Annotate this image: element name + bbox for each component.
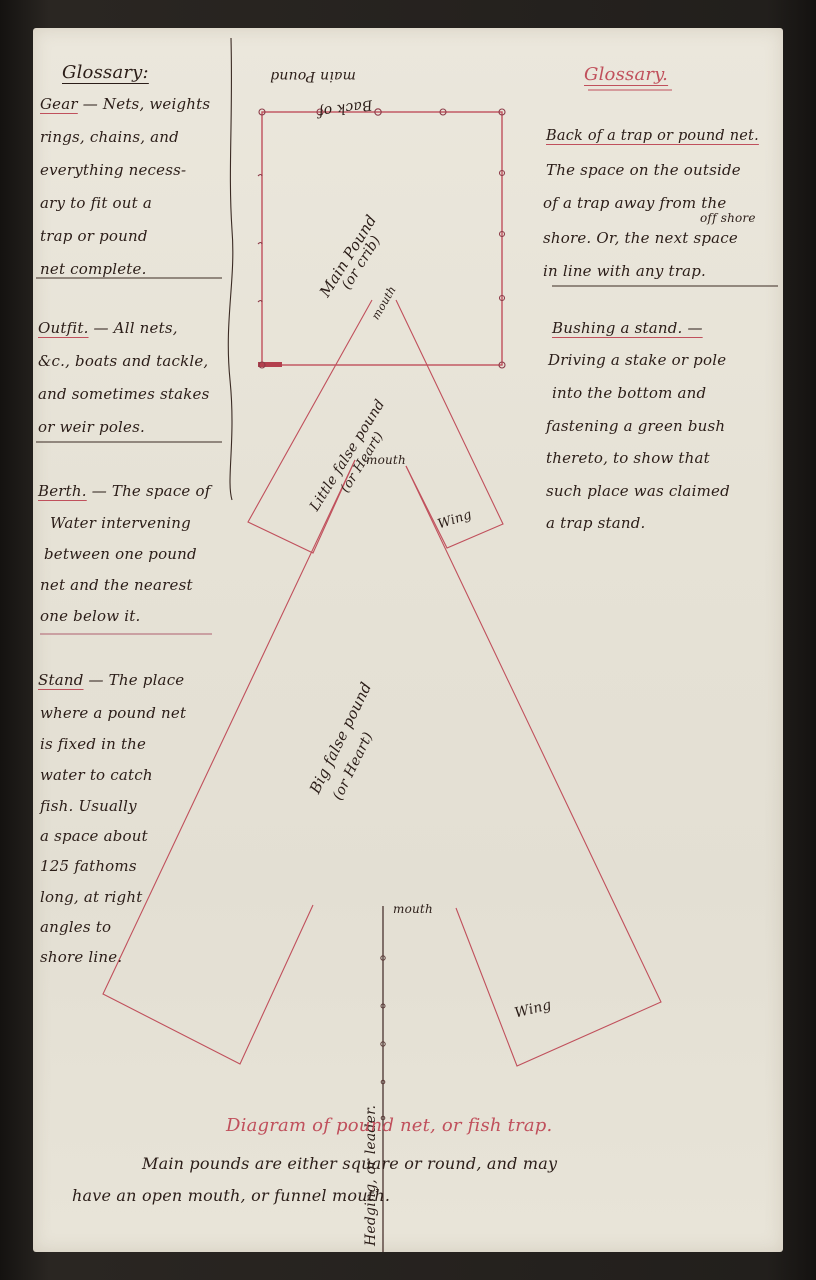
column-divider bbox=[228, 38, 233, 500]
caption-line-2: have an open mouth, or funnel mouth. bbox=[72, 1184, 390, 1208]
diagram-title: Diagram of pound net, or fish trap. bbox=[226, 1114, 552, 1138]
term-bushing-a-stand: Bushing a stand. — bbox=[552, 312, 703, 345]
right-glossary-heading: Glossary. bbox=[584, 58, 668, 91]
term-outfit: Outfit. bbox=[38, 319, 89, 337]
term-stand: Stand bbox=[38, 671, 84, 689]
label-mouth-bottom: mouth bbox=[393, 902, 433, 916]
main-pound-outline bbox=[262, 112, 502, 365]
term-gear: Gear bbox=[40, 95, 78, 113]
term-berth: Berth. bbox=[38, 482, 87, 500]
left-glossary-heading: Glossary: bbox=[62, 56, 149, 89]
label-main-pound-back: main Pound bbox=[270, 68, 356, 84]
term-back-of-trap: Back of a trap or pound net. bbox=[546, 120, 759, 153]
label-mouth-middle: mouth bbox=[366, 453, 406, 467]
stakes-main-pound bbox=[258, 109, 505, 368]
caption-line-1: Main pounds are either square or round, … bbox=[142, 1152, 557, 1176]
main-pound-corner-mark bbox=[258, 362, 282, 367]
